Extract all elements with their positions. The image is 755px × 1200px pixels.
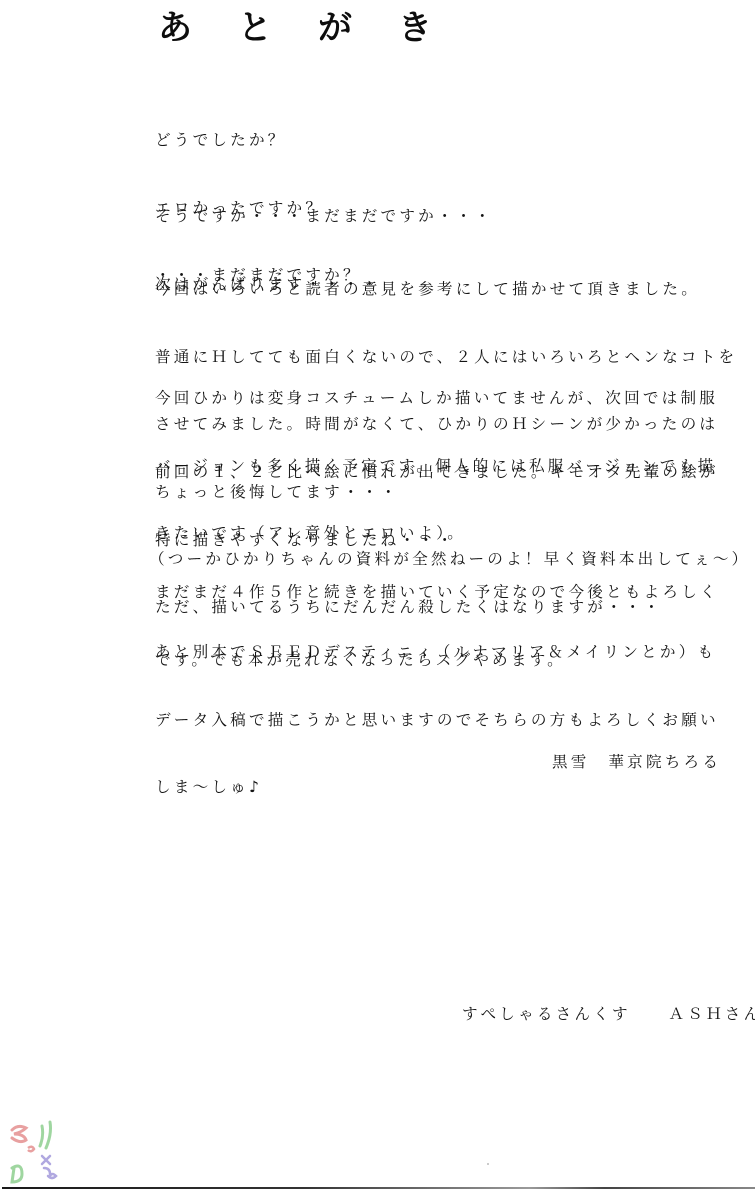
scan-speck: [487, 1163, 489, 1165]
text-line: 今回はいろいろと読者の意見を参考にして描かせて頂きました。: [155, 278, 750, 301]
text-line: データ入稿で描こうかと思いますのでそちらの方もよろしくお願い: [155, 709, 719, 732]
text-line: あと別本でＳＥＥＤデスティニィ（ルナマリア＆メイリンとか）も: [155, 641, 719, 664]
page-title: あ と が き: [158, 6, 478, 50]
title-char: あ: [158, 6, 238, 50]
text-line: 前回の１、２と比べ絵に慣れが出てきました。キモオタ先輩の絵が: [155, 461, 719, 484]
page-bottom-rule: [2, 1187, 755, 1189]
title-char: が: [318, 6, 398, 50]
afterword-page: あ と が き どうでしたか？ エロかったですか？ ・・・まだまだですか？ そう…: [0, 0, 755, 1200]
text-line: しま～しゅ♪: [155, 776, 719, 799]
special-thanks: すぺしゃるさんくす ＡＳＨさん: [462, 1002, 755, 1024]
author-signature: 黒雪 華京院ちろる: [552, 750, 721, 772]
text-line: そうですか・・・まだまだですか・・・: [155, 205, 493, 228]
scanner-watermark-icon: [4, 1118, 68, 1190]
title-char: と: [238, 6, 318, 50]
text-line: 今回ひかりは変身コスチュームしか描いてませんが、次回では制服: [155, 387, 718, 410]
text-line: どうでしたか？: [155, 129, 362, 152]
paragraph-other-book: あと別本でＳＥＥＤデスティニィ（ルナマリア＆メイリンとか）も データ入稿で描こう…: [155, 596, 719, 844]
title-char: き: [398, 6, 478, 50]
